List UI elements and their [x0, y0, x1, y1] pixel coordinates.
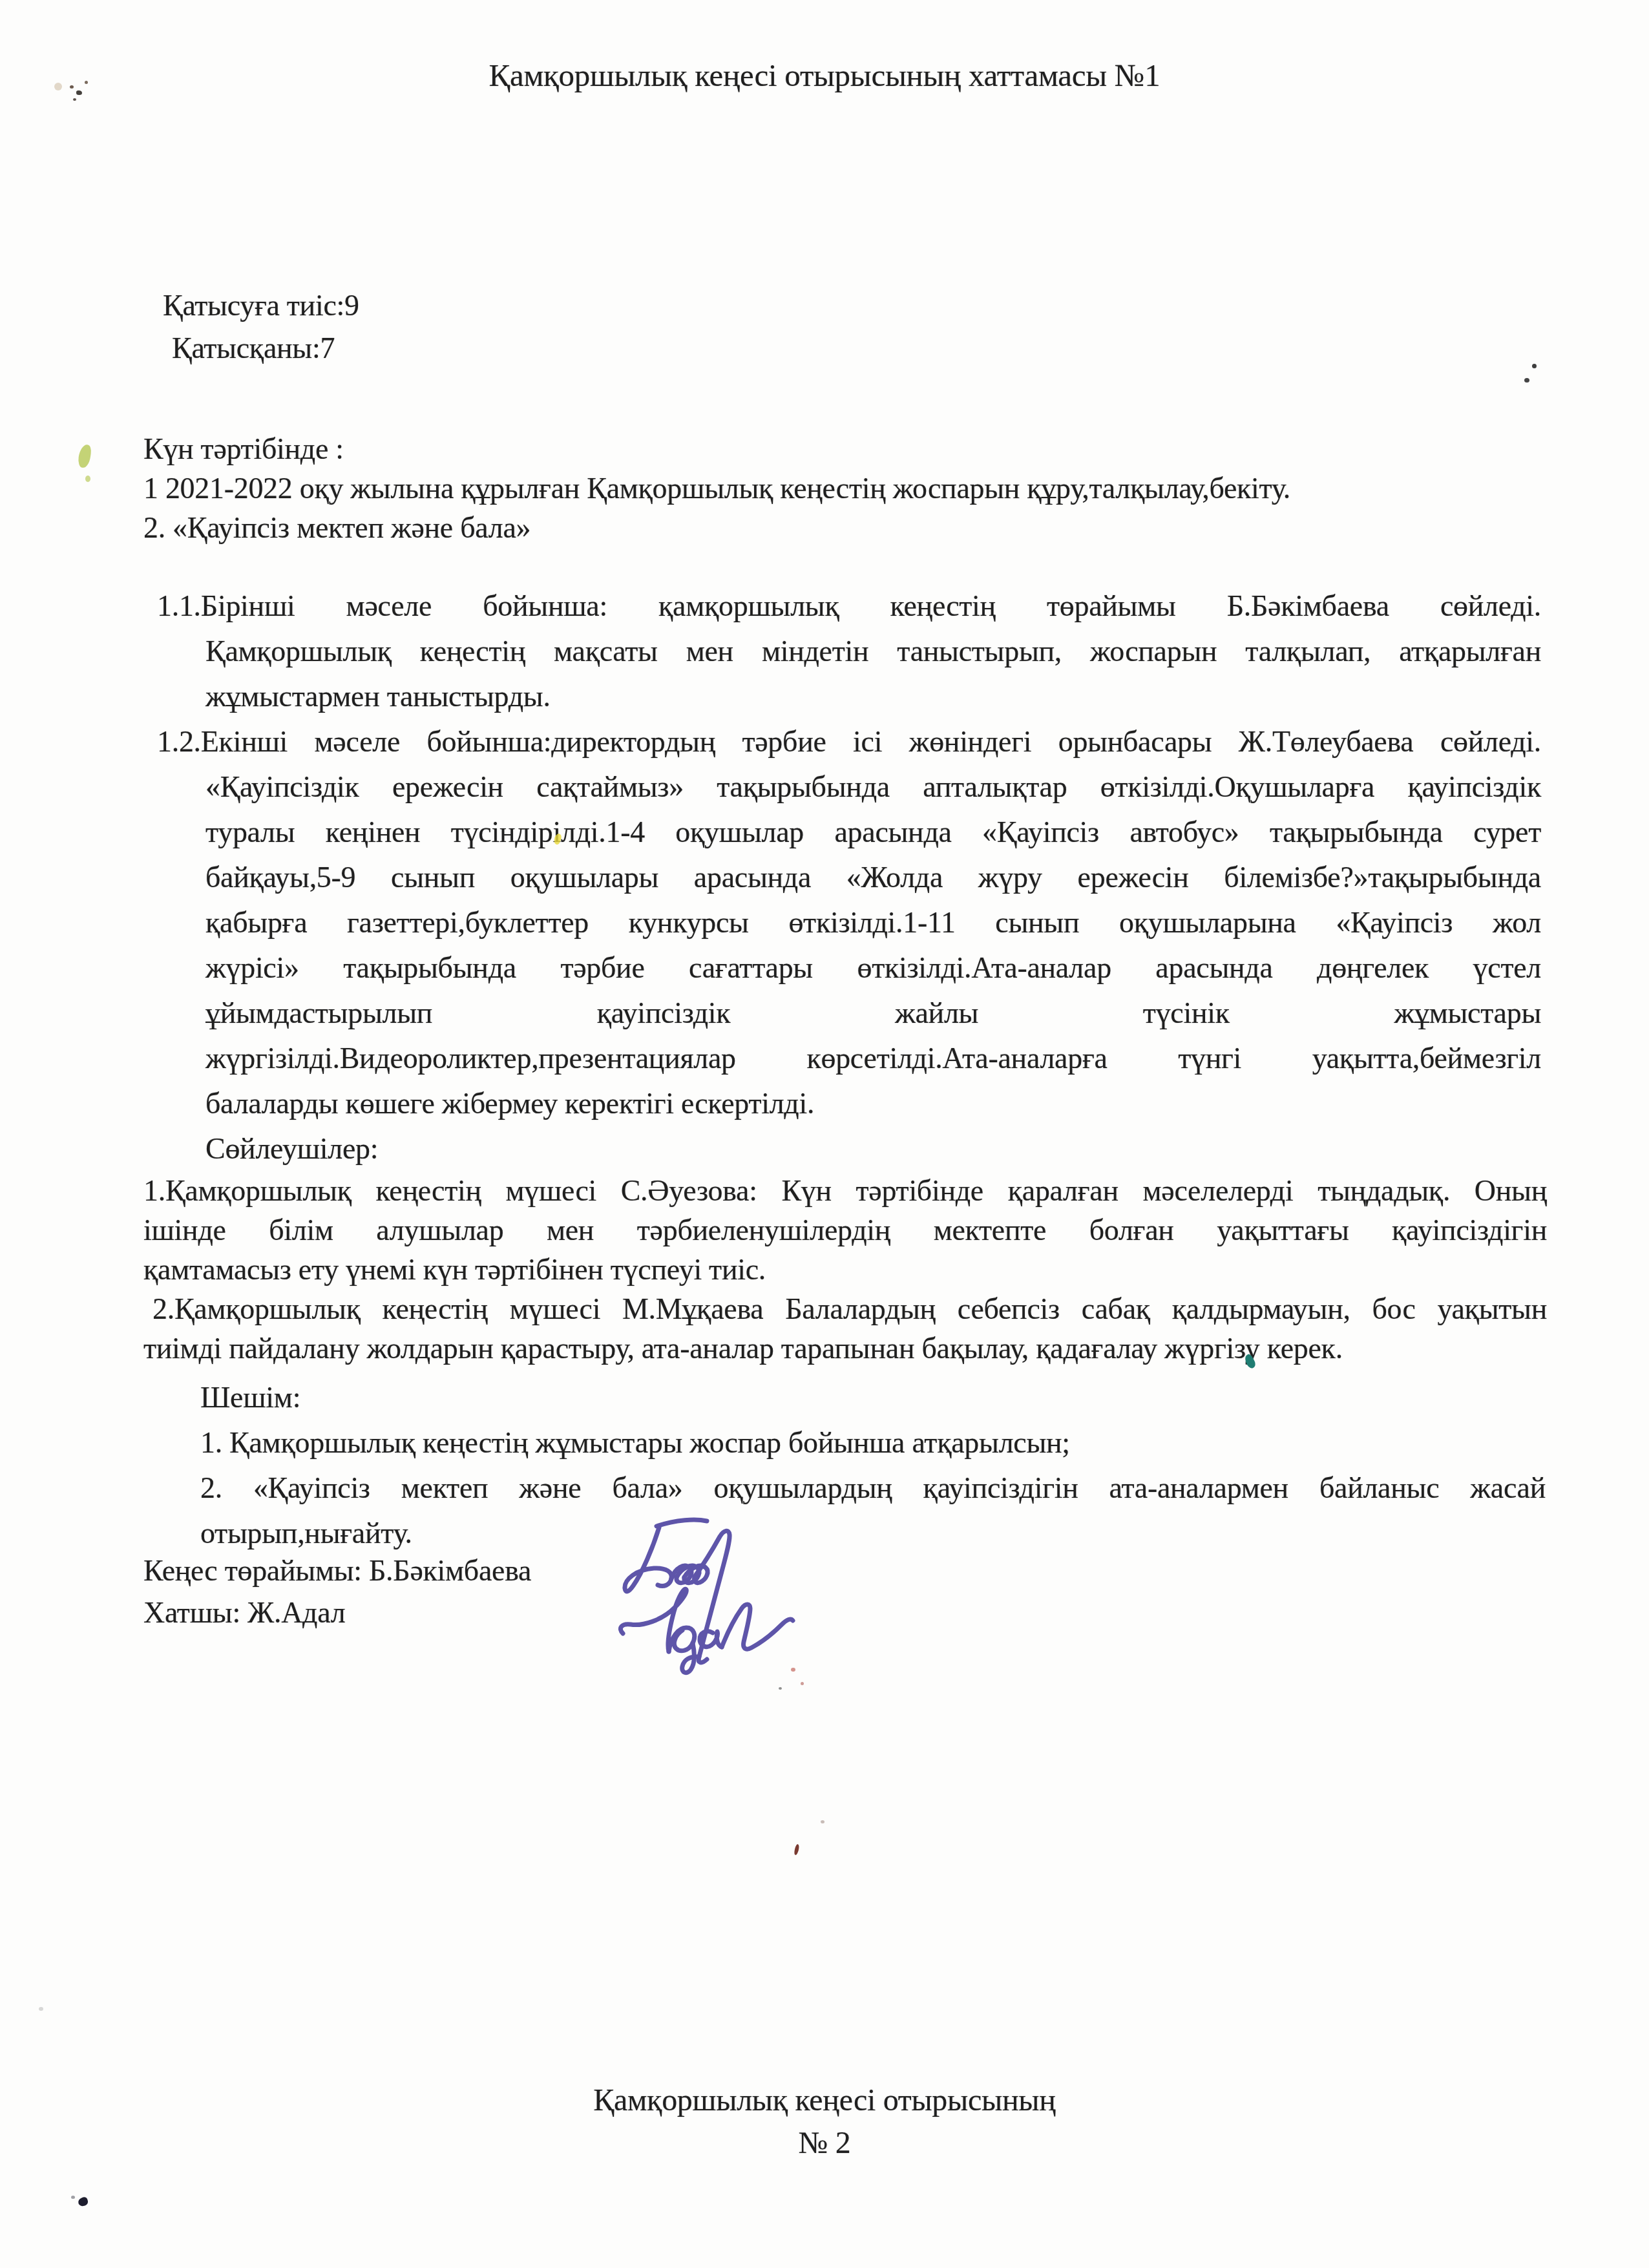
- speakers-block: 1.Қамқоршылық кеңестің мүшесі С.Әуезова:…: [143, 1171, 1547, 1368]
- ink-speck: [821, 1820, 824, 1823]
- signature-stroke: [698, 1657, 707, 1663]
- chair-signatory: Кеңес төрайымы: Б.Бәкімбаева: [143, 1549, 531, 1591]
- ink-speck-red: [791, 1668, 795, 1672]
- paragraph-line: ұйымдастырылып қауіпсіздік жайлы түсінік…: [157, 991, 1541, 1036]
- ink-speck: [71, 2196, 75, 2199]
- footer-block: Қамқоршылық кеңесі отырысының № 2: [0, 2079, 1649, 2165]
- paragraph-line: «Қауіпсіздік ережесін сақтаймыз» тақырыб…: [157, 764, 1541, 810]
- paragraph-line: жүргізілді.Видеороликтер,презентациялар …: [157, 1036, 1541, 1081]
- paragraph-1-1: 1.1.Бірінші мәселе бойынша: қамқоршылық …: [157, 583, 1541, 719]
- speaker-line: 2.Қамқоршылық кеңестің мүшесі М.Мұқаева …: [143, 1289, 1547, 1328]
- speaker-line: 1.Қамқоршылық кеңестің мүшесі С.Әуезова:…: [143, 1171, 1547, 1210]
- decision-heading: Шешім:: [200, 1375, 1546, 1420]
- footer-page-number: № 2: [0, 2122, 1649, 2165]
- ink-speck: [70, 85, 74, 89]
- handwritten-signature-ink: [600, 1500, 877, 1720]
- attendance-attended: Қатысқаны:7: [172, 327, 359, 370]
- signature-stroke: [625, 1528, 671, 1591]
- paragraph-line: жүрісі» тақырыбында тәрбие сағаттары өтк…: [157, 945, 1541, 991]
- speaker-line: тиімді пайдалану жолдарын қарастыру, ата…: [143, 1328, 1547, 1368]
- signatories-block: Кеңес төрайымы: Б.Бәкімбаева Хатшы: Ж.Ад…: [143, 1549, 531, 1633]
- paragraph-line: туралы кеңінен түсіндірілді.1-4 оқушылар…: [157, 810, 1541, 855]
- paragraph-line: балаларды көшеге жібермеу керектігі еске…: [157, 1081, 1541, 1126]
- agenda-item-1: 1 2021-2022 оқу жылына құрылған Қамқоршы…: [143, 468, 1290, 508]
- footer-title: Қамқоршылық кеңесі отырысының: [0, 2079, 1649, 2122]
- paragraph-line: Қамқоршылық кеңестің мақсаты мен міндеті…: [157, 629, 1541, 674]
- speaker-line: қамтамасыз ету үнемі күн тәртібінен түсп…: [143, 1250, 1547, 1289]
- speakers-heading: Сөйлеушілер:: [157, 1126, 1541, 1171]
- ink-speck: [54, 83, 62, 90]
- paragraph-line: 1.2.Екінші мәселе бойынша:директордың тә…: [157, 719, 1541, 764]
- agenda-block: Күн тәртібінде : 1 2021-2022 оқу жылына …: [143, 429, 1290, 547]
- attendance-block: Қатысуға тиіс:9 Қатысқаны:7: [163, 284, 359, 370]
- ink-speck-red: [801, 1682, 804, 1685]
- signature-stroke: [656, 1520, 707, 1526]
- paragraph-line: 1.1.Бірінші мәселе бойынша: қамқоршылық …: [157, 583, 1541, 629]
- signature-stroke: [722, 1604, 793, 1649]
- decision-item: 1. Қамқоршылық кеңестің жұмыстары жоспар…: [200, 1420, 1546, 1465]
- secretary-signatory: Хатшы: Ж.Адал: [143, 1591, 531, 1633]
- agenda-item-2: 2. «Қауіпсіз мектеп және бала»: [143, 508, 1290, 547]
- ink-speck: [1524, 378, 1529, 383]
- scanned-document-page: Қамқоршылық кеңесі отырысының хаттамасы …: [0, 0, 1649, 2268]
- ink-speck: [1532, 364, 1537, 368]
- ink-blot-green: [85, 476, 90, 482]
- paragraph-1-2: 1.2.Екінші мәселе бойынша:директордың тә…: [157, 719, 1541, 1171]
- paragraph-line: жұмыстармен таныстырды.: [157, 674, 1541, 719]
- signature-stroke: [669, 1628, 695, 1652]
- ink-speck: [73, 98, 76, 101]
- ink-speck: [779, 1687, 782, 1690]
- ink-speck: [77, 2196, 89, 2207]
- ink-speck: [39, 2007, 43, 2011]
- ink-speck: [76, 90, 82, 95]
- ink-blot-green: [78, 444, 92, 468]
- paragraph-line: байқауы,5-9 сынып оқушылары арасында «Жо…: [157, 855, 1541, 900]
- speaker-line: ішінде білім алушылар мен тәрбиеленушіле…: [143, 1210, 1547, 1250]
- document-title: Қамқоршылық кеңесі отырысының хаттамасы …: [0, 57, 1649, 94]
- attendance-required: Қатысуға тиіс:9: [163, 284, 359, 327]
- ink-speck: [85, 81, 88, 84]
- paragraph-line: қабырға газеттері,буклеттер кункурсы өтк…: [157, 900, 1541, 945]
- ink-speck-red: [793, 1844, 800, 1856]
- agenda-heading: Күн тәртібінде :: [143, 429, 1290, 468]
